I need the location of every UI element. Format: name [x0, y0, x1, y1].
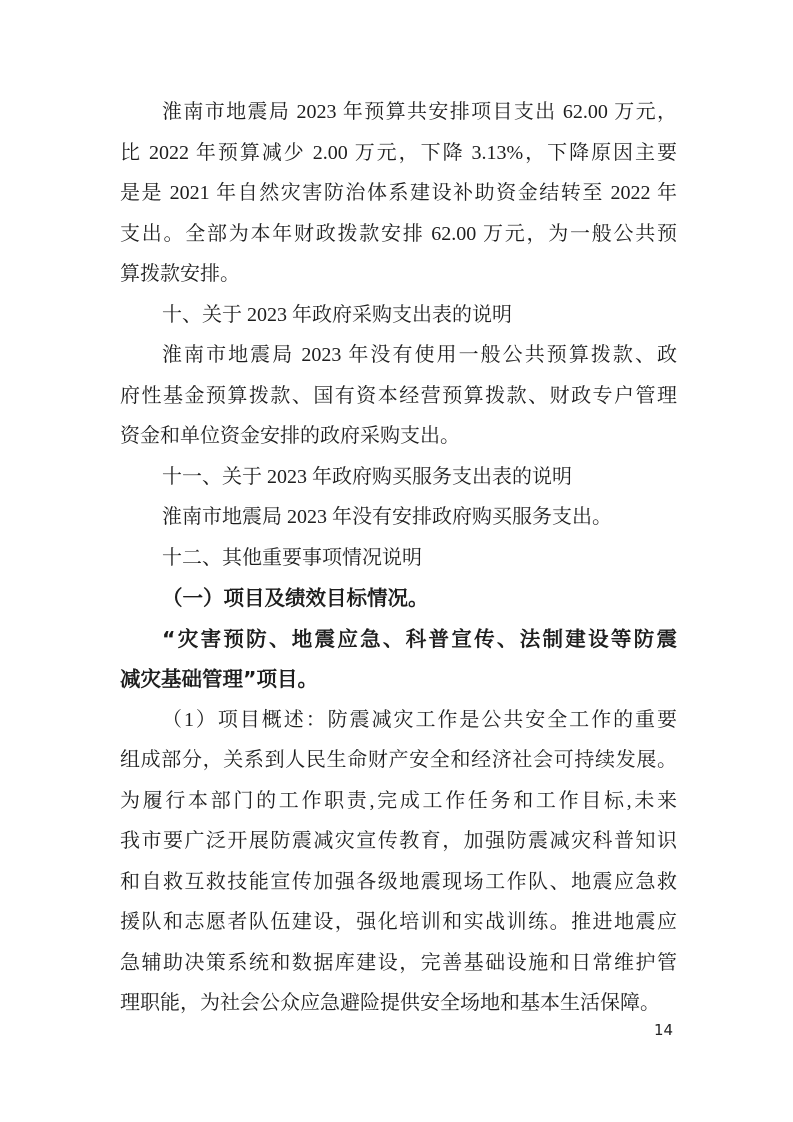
page-number: 14	[654, 1020, 673, 1040]
section-heading-twelve: 十二、其他重要事项情况说明	[120, 538, 677, 579]
para-gov-procurement-line-3: 资金和单位资金安排的政府采购支出。	[120, 416, 677, 457]
para-project-expenditure-line-2: 比 2022 年预算减少 2.00 万元，下降 3.13%，下降原因主要	[120, 133, 677, 174]
document-text-block: 淮南市地震局 2023 年预算共安排项目支出 62.00 万元， 比 2022 …	[120, 92, 677, 1024]
para-project-overview-line-1: （1）项目概述：防震减灾工作是公共安全工作的重要	[120, 700, 677, 741]
para-project-overview-line-5: 和自救互救技能宣传加强各级地震现场工作队、地震应急救	[120, 862, 677, 903]
project-title-line-2: 减灾基础管理”项目。	[120, 659, 677, 700]
document-page: 淮南市地震局 2023 年预算共安排项目支出 62.00 万元， 比 2022 …	[0, 0, 793, 1122]
para-project-expenditure-line-3: 是是 2021 年自然灾害防治体系建设补助资金结转至 2022 年	[120, 173, 677, 214]
para-project-overview-line-8: 理职能，为社会公众应急避险提供安全场地和基本生活保障。	[120, 983, 677, 1024]
subsection-heading-performance-targets: （一）项目及绩效目标情况。	[120, 578, 677, 619]
para-project-overview-line-6: 援队和志愿者队伍建设，强化培训和实战训练。推进地震应	[120, 902, 677, 943]
para-project-expenditure-line-5: 算拨款安排。	[120, 254, 677, 295]
para-gov-procurement-line-1: 淮南市地震局 2023 年没有使用一般公共预算拨款、政	[120, 335, 677, 376]
para-project-overview-line-7: 急辅助决策系统和数据库建设，完善基础设施和日常维护管	[120, 943, 677, 984]
para-project-overview-line-4: 我市要广泛开展防震减灾宣传教育，加强防震减灾科普知识	[120, 821, 677, 862]
para-project-expenditure-line-4: 支出。全部为本年财政拨款安排 62.00 万元，为一般公共预	[120, 214, 677, 255]
section-heading-ten: 十、关于 2023 年政府采购支出表的说明	[120, 295, 677, 336]
para-project-expenditure-line-1: 淮南市地震局 2023 年预算共安排项目支出 62.00 万元，	[120, 92, 677, 133]
para-project-overview-line-2: 组成部分，关系到人民生命财产安全和经济社会可持续发展。	[120, 740, 677, 781]
section-heading-eleven: 十一、关于 2023 年政府购买服务支出表的说明	[120, 457, 677, 498]
para-gov-procurement-line-2: 府性基金预算拨款、国有资本经营预算拨款、财政专户管理	[120, 376, 677, 417]
para-project-overview-line-3: 为履行本部门的工作职责,完成工作任务和工作目标,未来	[120, 781, 677, 822]
para-gov-purchase-services: 淮南市地震局 2023 年没有安排政府购买服务支出。	[120, 497, 677, 538]
project-title-line-1: “灾害预防、地震应急、科普宣传、法制建设等防震	[120, 619, 677, 660]
